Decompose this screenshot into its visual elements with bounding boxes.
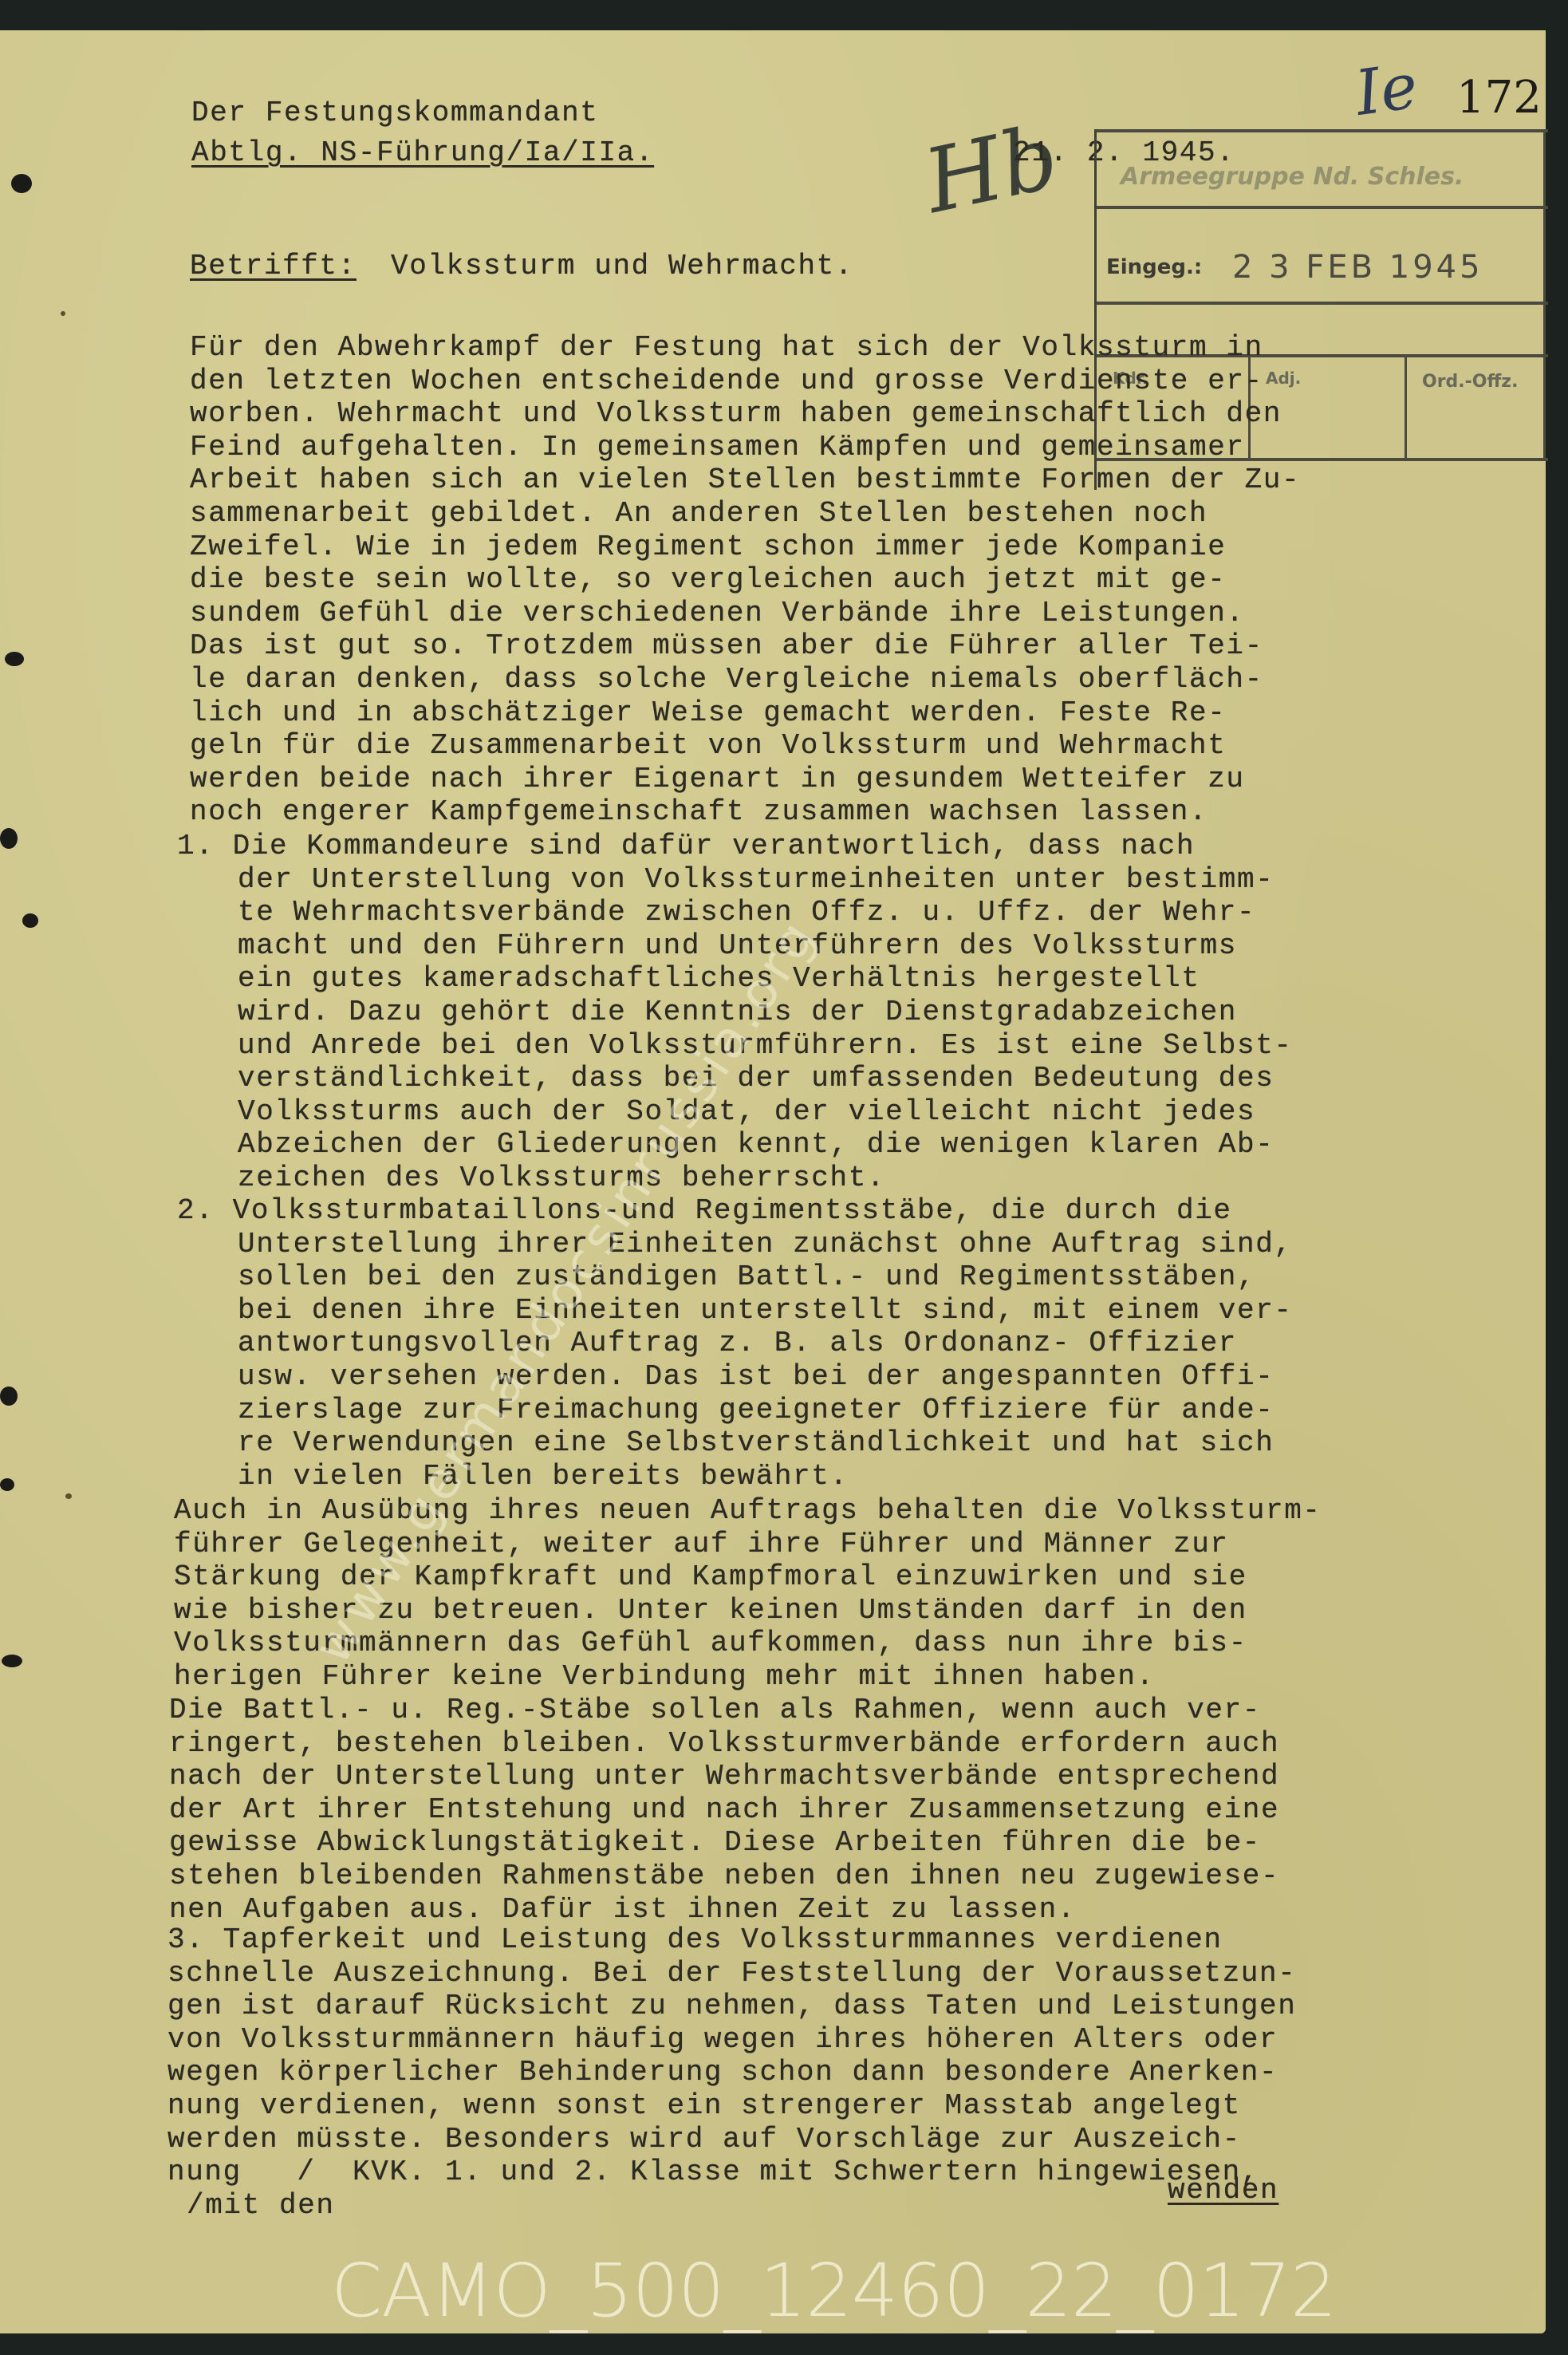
typed-line: zeichen des Volkssturms beherrscht.: [238, 1164, 885, 1193]
typed-line: verständlichkeit, dass bei der umfassend…: [238, 1064, 1274, 1093]
turn-page-note: wenden: [1168, 2176, 1278, 2205]
typed-line: 1. Die Kommandeure sind dafür verantwort…: [177, 832, 1195, 861]
typed-line: schnelle Auszeichnung. Bei der Feststell…: [167, 1959, 1296, 1988]
typed-line: antwortungsvollen Auftrag z. B. als Ordo…: [238, 1329, 1237, 1358]
typed-line: macht und den Führern und Unterführern d…: [238, 932, 1237, 961]
typed-line: Arbeit haben sich an vielen Stellen best…: [190, 466, 1300, 495]
typed-line: Stärkung der Kampfkraft und Kampfmoral e…: [174, 1563, 1247, 1592]
typed-line: sundem Gefühl die verschiedenen Verbände…: [190, 599, 1245, 628]
typed-line: re Verwendungen eine Selbstverständlichk…: [238, 1429, 1274, 1458]
typed-line: bei denen ihre Einheiten unterstellt sin…: [238, 1296, 1293, 1325]
typed-line: nung / KVK. 1. und 2. Klasse mit Schwert…: [167, 2158, 1259, 2187]
typed-line: werden beide nach ihrer Eigenart in gesu…: [190, 765, 1245, 794]
typed-line: führer Gelegenheit, weiter auf ihre Führ…: [174, 1530, 1229, 1559]
typed-line: lich und in abschätziger Weise gemacht w…: [190, 699, 1226, 728]
typed-line: sammenarbeit gebildet. An anderen Stelle…: [190, 499, 1208, 528]
archive-id-watermark: CAMO_500_12460_22_0172: [331, 2248, 1336, 2333]
typed-line: nung verdienen, wenn sonst ein strengere…: [167, 2092, 1241, 2120]
typed-line: geln für die Zusammenarbeit von Volksstu…: [190, 732, 1226, 760]
typed-line: worben. Wehrmacht und Volkssturm haben g…: [190, 400, 1282, 428]
typed-line: der Unterstellung von Volkssturmeinheite…: [238, 866, 1274, 894]
typed-line: le daran denken, dass solche Vergleiche …: [190, 665, 1263, 694]
typed-line: gen ist darauf Rücksicht zu nehmen, dass…: [167, 1992, 1296, 2021]
typed-line: Unterstellung ihrer Einheiten zunächst o…: [238, 1230, 1293, 1259]
typed-line: Volkssturms auch der Soldat, der viellei…: [238, 1098, 1255, 1126]
typed-line: gewisse Abwicklungstätigkeit. Diese Arbe…: [169, 1828, 1261, 1857]
document-page: 172 Ie Hb Der Festungskommandant Abtlg. …: [0, 30, 1546, 2333]
typed-line: den letzten Wochen entscheidende und gro…: [190, 367, 1263, 396]
typed-line: te Wehrmachtsverbände zwischen Offz. u. …: [238, 898, 1255, 927]
typed-line: Auch in Ausübung ihres neuen Auftrags be…: [174, 1497, 1322, 1525]
typed-line: Für den Abwehrkampf der Festung hat sich…: [190, 333, 1263, 362]
typed-line: der Art ihrer Entstehung und nach ihrer …: [169, 1796, 1279, 1824]
typed-line: von Volkssturmmännern häufig wegen ihres…: [167, 2026, 1278, 2054]
typed-line: sollen bei den zuständigen Battl.- und R…: [238, 1263, 1255, 1292]
typed-line: wegen körperlicher Behinderung schon dan…: [167, 2058, 1278, 2087]
letter-body: Für den Abwehrkampf der Festung hat sich…: [0, 30, 1546, 2333]
typed-line: usw. versehen werden. Das ist bei der an…: [238, 1363, 1274, 1391]
typed-line: werden müsste. Besonders wird auf Vorsch…: [167, 2125, 1241, 2154]
typed-line: Feind aufgehalten. In gemeinsamen Kämpfe…: [190, 433, 1245, 462]
typed-line: ringert, bestehen bleiben. Volkssturmver…: [169, 1730, 1279, 1758]
typed-line: stehen bleibenden Rahmenstäbe neben den …: [169, 1862, 1279, 1891]
typed-line: /mit den: [187, 2191, 335, 2220]
typed-line: herigen Führer keine Verbindung mehr mit…: [174, 1663, 1155, 1691]
typed-line: zierslage zur Freimachung geeigneter Off…: [238, 1396, 1274, 1425]
typed-line: Abzeichen der Gliederungen kennt, die we…: [238, 1130, 1274, 1159]
typed-line: 2. Volkssturmbataillons-und Regimentsstä…: [177, 1197, 1232, 1225]
typed-line: nen Aufgaben aus. Dafür ist ihnen Zeit z…: [169, 1895, 1076, 1924]
typed-line: nach der Unterstellung unter Wehrmachtsv…: [169, 1762, 1279, 1791]
typed-line: in vielen Fällen bereits bewährt.: [238, 1462, 849, 1491]
typed-line: ein gutes kameradschaftliches Verhältnis…: [238, 964, 1200, 993]
typed-line: Das ist gut so. Trotzdem müssen aber die…: [190, 632, 1263, 661]
typed-line: Die Battl.- u. Reg.-Stäbe sollen als Rah…: [169, 1696, 1261, 1725]
typed-line: die beste sein wollte, so vergleichen au…: [190, 566, 1226, 594]
typed-line: Zweifel. Wie in jedem Regiment schon imm…: [190, 533, 1226, 562]
typed-line: 3. Tapferkeit und Leistung des Volksstur…: [167, 1926, 1223, 1955]
typed-line: noch engerer Kampfgemeinschaft zusammen …: [190, 798, 1208, 826]
